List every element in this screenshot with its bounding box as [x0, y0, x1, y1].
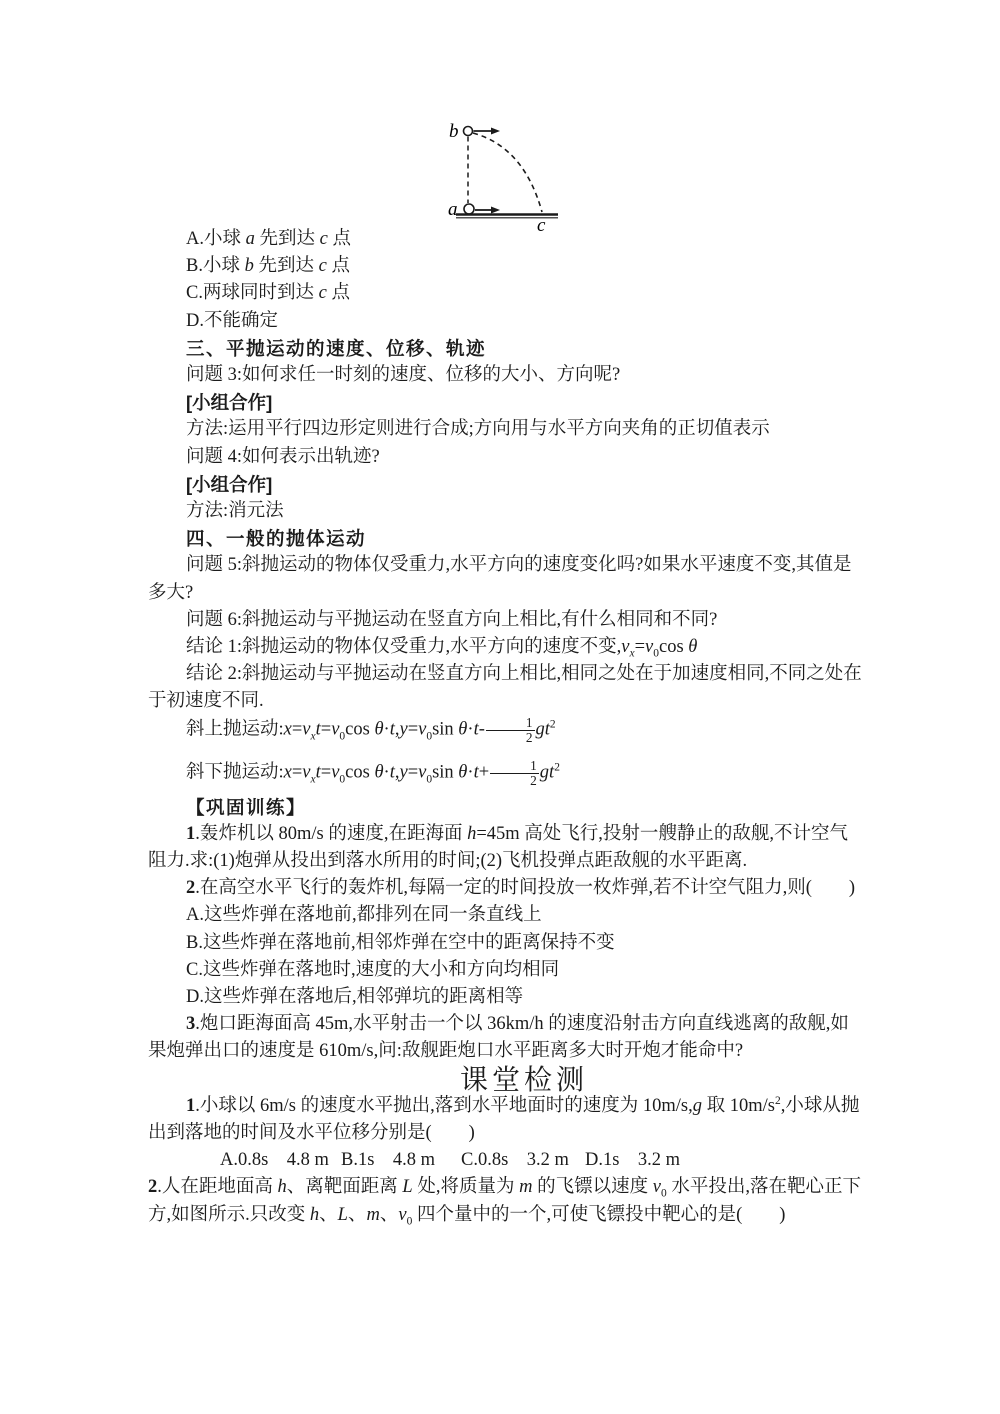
ball-a	[464, 204, 474, 214]
training-problem-3: 3.炮口距海面高 45m,水平射击一个以 36km/h 的速度沿射击方向直线逃离…	[148, 1011, 862, 1065]
option-c-line: C.两球同时到达 c 点	[148, 280, 862, 307]
point-c-label: c	[537, 215, 546, 235]
option-d-line: D.不能确定	[148, 308, 862, 335]
ball-a-label: a	[448, 199, 458, 220]
training-2-option-c: C.这些炸弹在落地时,速度的大小和方向均相同	[148, 957, 862, 984]
consolidation-training-title: 【巩固训练】	[148, 794, 862, 821]
quiz-1-options-row: A.0.8s 4.8 m B.1s 4.8 m C.0.8s 3.2 m D.1…	[148, 1147, 862, 1174]
formula-oblique-up: 斜上抛运动:x=vxt=v0cos θ·t,y=v0sin θ·t-12gt2	[148, 716, 862, 745]
section-heading-3: 三、平抛运动的速度、位移、轨迹	[148, 335, 862, 362]
ball-b-label: b	[449, 121, 459, 142]
quiz-problem-2: 2.人在距地面高 h、离靶面距离 L 处,将质量为 m 的飞镖以速度 v0 水平…	[148, 1174, 862, 1228]
training-2-option-a: A.这些炸弹在落地前,都排列在同一条直线上	[148, 902, 862, 929]
trajectory-curve	[473, 133, 542, 212]
projectile-diagram: b a c	[436, 115, 596, 235]
method-1-line: 方法:运用平行四边形定则进行合成;方向用与水平方向夹角的正切值表示	[148, 416, 862, 443]
option-b-line: B.小球 b 先到达 c 点	[148, 253, 862, 280]
figure-area: b a c	[148, 0, 862, 226]
worksheet-page: b a c A.小球 a 先到达 c 点 B.小球 b 先到达 c 点 C.两球…	[0, 0, 1000, 1229]
question-3-line: 问题 3:如何求任一时刻的速度、位移的大小、方向呢?	[148, 362, 862, 389]
method-2-line: 方法:消元法	[148, 498, 862, 525]
training-2-option-b: B.这些炸弹在落地前,相邻炸弹在空中的距离保持不变	[148, 930, 862, 957]
conclusion-2-para: 结论 2:斜抛运动与平抛运动在竖直方向上相比,相同之处在于加速度相同,不同之处在…	[148, 661, 862, 715]
section-heading-4: 四、一般的抛体运动	[148, 525, 862, 552]
training-problem-1: 1.轰炸机以 80m/s 的速度,在距海面 h=45m 高处飞行,投射一艘静止的…	[148, 821, 862, 875]
quiz-problem-1: 1.小球以 6m/s 的速度水平抛出,落到水平地面时的速度为 10m/s,g 取…	[148, 1093, 862, 1147]
question-5-para: 问题 5:斜抛运动的物体仅受重力,水平方向的速度变化吗?如果水平速度不变,其值是…	[148, 552, 862, 606]
ball-a-arrowhead-icon	[491, 207, 500, 214]
training-problem-2: 2.在高空水平飞行的轰炸机,每隔一定的时间投放一枚炸弹,若不计空气阻力,则( )	[148, 875, 862, 902]
quiz-1-option-d: D.1s 3.2 m	[547, 1147, 680, 1174]
group-work-label-2: [小组合作]	[148, 471, 862, 498]
ball-b-arrowhead-icon	[491, 128, 500, 135]
ball-b	[464, 127, 473, 136]
conclusion-1-line: 结论 1:斜抛运动的物体仅受重力,水平方向的速度不变,vx=v0cos θ	[148, 634, 862, 661]
group-work-label-1: [小组合作]	[148, 389, 862, 416]
quiz-1-option-b: B.1s 4.8 m	[303, 1147, 435, 1174]
formula-oblique-down: 斜下抛运动:x=vxt=v0cos θ·t,y=v0sin θ·t+12gt2	[148, 759, 862, 788]
question-4-line: 问题 4:如何表示出轨迹?	[148, 444, 862, 471]
question-6-line: 问题 6:斜抛运动与平抛运动在竖直方向上相比,有什么相同和不同?	[148, 607, 862, 634]
training-2-option-d: D.这些炸弹在落地后,相邻弹坑的距离相等	[148, 984, 862, 1011]
quiz-title: 课堂检测	[148, 1066, 862, 1093]
